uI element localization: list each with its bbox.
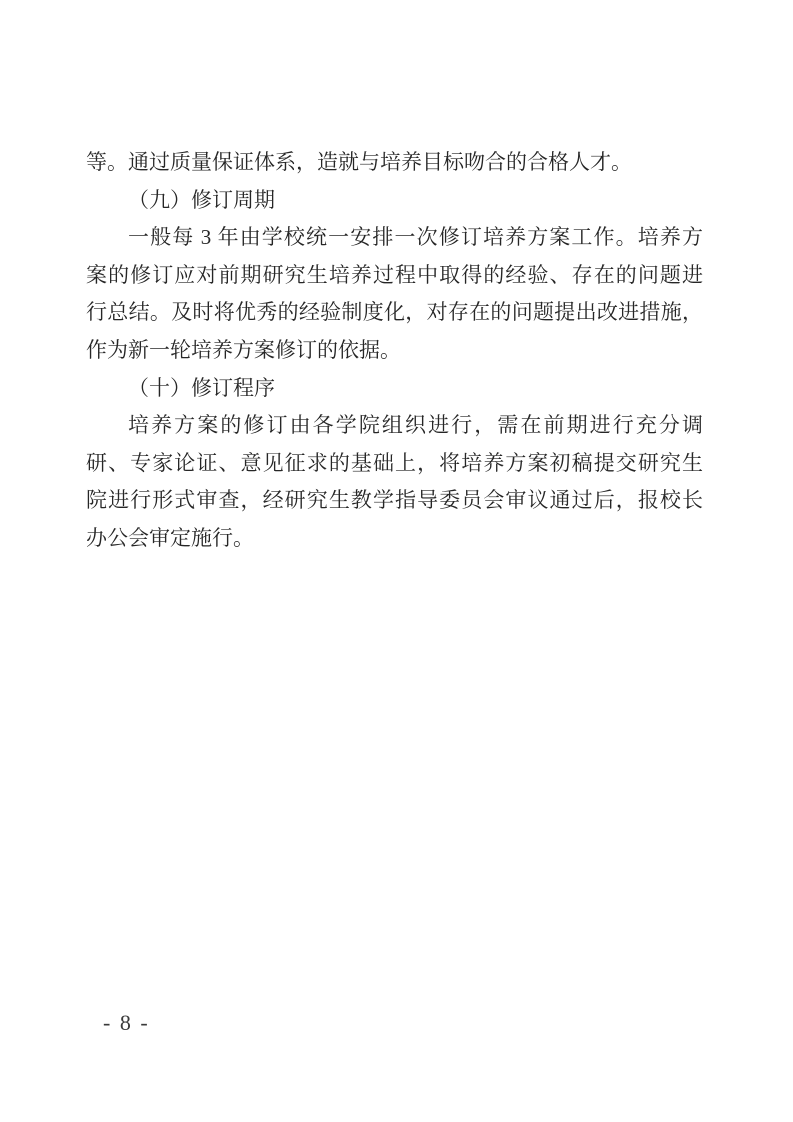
body-line: 作为新一轮培养方案修订的依据。 xyxy=(86,332,703,370)
body-line: 培养方案的修订由各学院组织进行，需在前期进行充分调 xyxy=(86,407,703,445)
document-page: 等。通过质量保证体系，造就与培养目标吻合的合格人才。 （九）修订周期 一般每 3… xyxy=(0,0,793,1122)
body-line: 行总结。及时将优秀的经验制度化，对存在的问题提出改进措施， xyxy=(86,294,703,332)
body-line: 案的修订应对前期研究生培养过程中取得的经验、存在的问题进 xyxy=(86,257,703,295)
body-text: 等。通过质量保证体系，造就与培养目标吻合的合格人才。 （九）修订周期 一般每 3… xyxy=(86,144,703,558)
body-line: 办公会审定施行。 xyxy=(86,520,703,558)
body-line: 等。通过质量保证体系，造就与培养目标吻合的合格人才。 xyxy=(86,144,703,182)
page-number: - 8 - xyxy=(103,1010,150,1036)
body-line: 研、专家论证、意见征求的基础上，将培养方案初稿提交研究生 xyxy=(86,445,703,483)
body-line: 院进行形式审查，经研究生教学指导委员会审议通过后，报校长 xyxy=(86,482,703,520)
section-heading: （十）修订程序 xyxy=(86,370,703,408)
section-heading: （九）修订周期 xyxy=(86,182,703,220)
body-line: 一般每 3 年由学校统一安排一次修订培养方案工作。培养方 xyxy=(86,219,703,257)
